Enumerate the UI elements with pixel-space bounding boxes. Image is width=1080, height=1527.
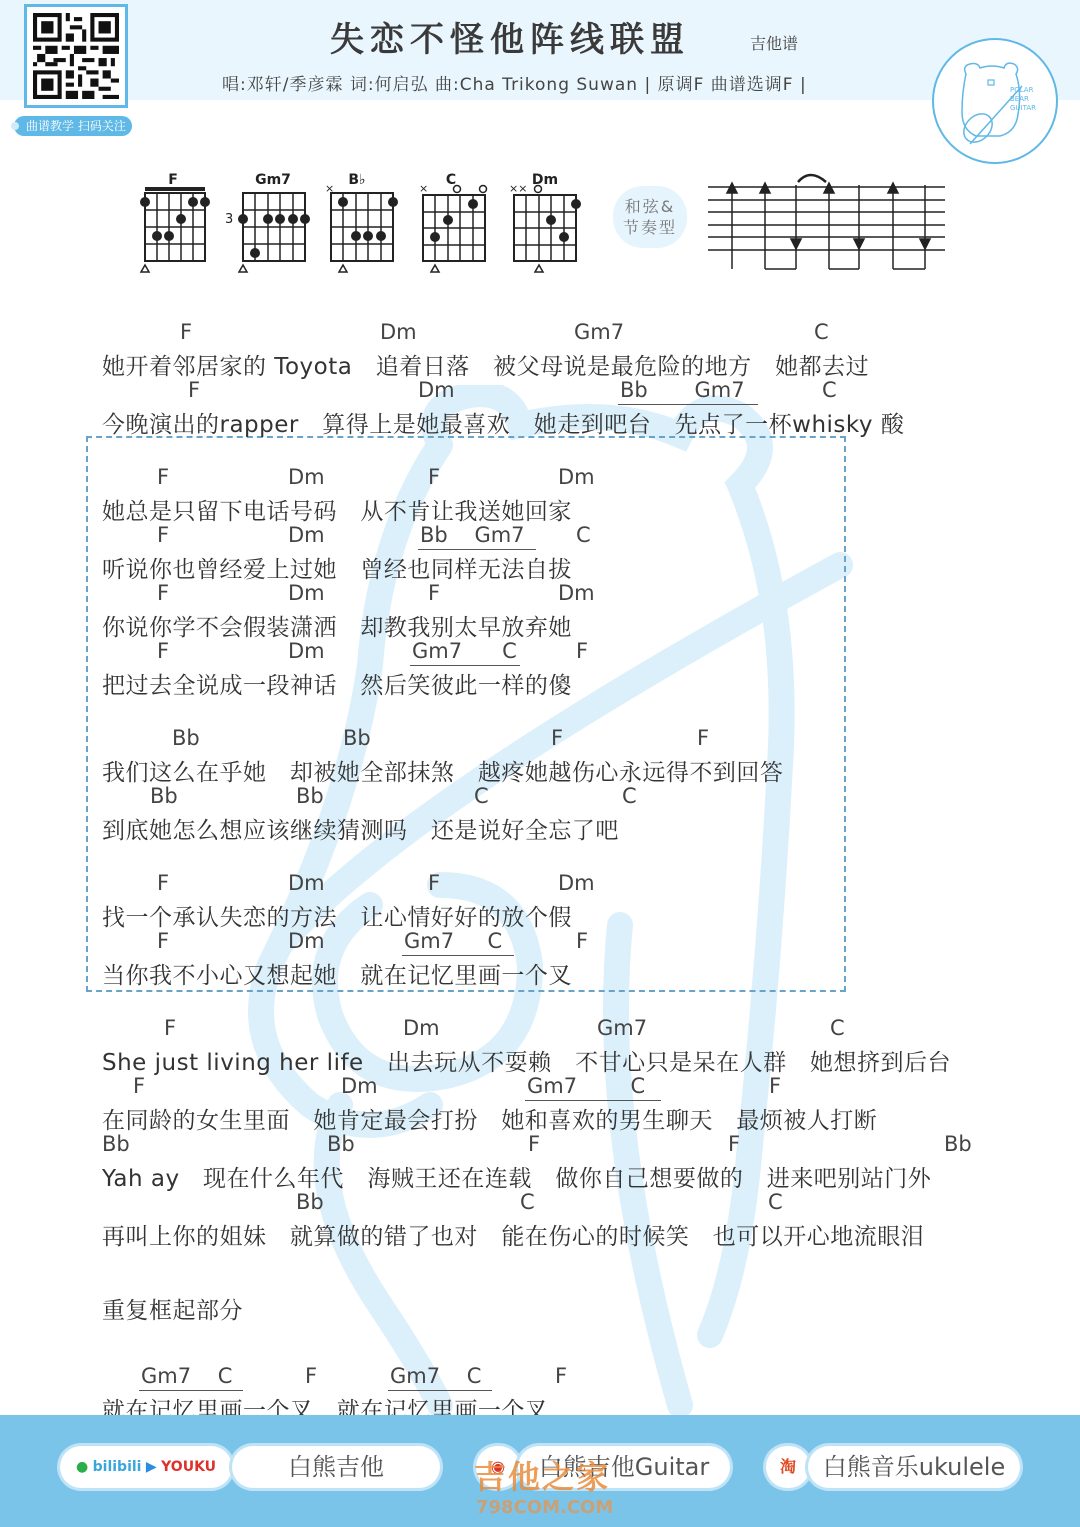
chord-underline: [139, 1390, 243, 1391]
chord-label: F: [551, 726, 563, 750]
channel-pill-1[interactable]: 白熊吉他: [232, 1446, 440, 1488]
lyric-line: 再叫上你的姐妹 就算做的错了也对 能在伤心的时候笑 也可以开心地流眼泪: [102, 1218, 924, 1251]
chord-label: F: [180, 320, 192, 344]
chord-label: F: [428, 581, 440, 605]
chord-label: Dm: [558, 465, 595, 489]
chord-label: F: [528, 1132, 540, 1156]
chord-underline: [525, 1100, 661, 1101]
chord-label: Dm: [558, 581, 595, 605]
wechat-icon: ●: [76, 1459, 88, 1475]
chord-underline: [410, 665, 520, 666]
chord-label: Bb: [327, 1132, 355, 1156]
chord-label: Bb Gm7: [420, 523, 525, 547]
chord-label: Bb: [150, 784, 178, 808]
chord-label: F: [157, 523, 169, 547]
chord-label: Bb Gm7: [620, 378, 745, 402]
chord-label: F: [164, 1016, 176, 1040]
chord-label: Dm: [403, 1016, 440, 1040]
chord-label: F: [305, 1364, 317, 1388]
platforms-pill[interactable]: ● bilibili ▶ YOUKU: [60, 1446, 232, 1488]
chord-label: Gm7 C: [527, 1074, 645, 1098]
chord-label: F: [157, 639, 169, 663]
chord-label: F: [157, 465, 169, 489]
chord-label: Dm: [558, 871, 595, 895]
chord-underline: [618, 404, 758, 405]
chord-label: C: [822, 378, 837, 402]
chord-label: F: [576, 639, 588, 663]
lyric-line: 你说你学不会假装潇洒 却教我别太早放弃她: [102, 609, 572, 642]
chord-label: Bb: [172, 726, 200, 750]
lyric-line: Yah ay 现在什么年代 海贼王还在连载 做你自己想要做的 进来吧别站门外: [102, 1160, 931, 1193]
chord-label: Dm: [418, 378, 455, 402]
chord-label: Gm7 C: [390, 1364, 481, 1388]
site-watermark-url: 798COM.COM: [476, 1497, 613, 1518]
bilibili-label: bilibili: [93, 1459, 142, 1475]
chord-label: Bb: [296, 1190, 324, 1214]
chord-label: Dm: [288, 639, 325, 663]
taobao-icon[interactable]: 淘: [766, 1446, 810, 1488]
chord-label: Gm7: [574, 320, 624, 344]
chord-label: F: [728, 1132, 740, 1156]
repeat-note: 重复框起部分: [102, 1292, 243, 1325]
chord-underline: [402, 955, 514, 956]
chord-label: Dm: [288, 929, 325, 953]
lyric-line: 到底她怎么想应该继续猜测吗 还是说好全忘了吧: [102, 812, 619, 845]
lyric-line: She just living her life 出去玩从不耍赖 不甘心只是呆在…: [102, 1044, 951, 1077]
chord-label: Dm: [341, 1074, 378, 1098]
chord-label: F: [428, 871, 440, 895]
chord-label: Bb: [102, 1132, 130, 1156]
lyric-line: 听说你也曾经爱上过她 曾经也同样无法自拔: [102, 551, 572, 584]
youku-icon: ▶: [146, 1459, 157, 1475]
chord-label: C: [576, 523, 591, 547]
chord-label: Gm7: [597, 1016, 647, 1040]
youku-label: YOUKU: [161, 1459, 216, 1475]
chord-label: F: [576, 929, 588, 953]
site-watermark: 吉他之家: [474, 1452, 610, 1498]
chord-underline: [418, 549, 536, 550]
channel-pill-3[interactable]: 白熊音乐ukulele: [808, 1446, 1020, 1488]
lyric-line: 她开着邻居家的 Toyota 追着日落 被父母说是最危险的地方 她都去过: [102, 348, 869, 381]
chord-label: C: [814, 320, 829, 344]
chord-label: C: [768, 1190, 783, 1214]
chord-label: F: [157, 581, 169, 605]
chord-label: Dm: [288, 871, 325, 895]
chord-label: Dm: [288, 581, 325, 605]
lyric-line: 我们这么在乎她 却被她全部抹煞 越疼她越伤心永远得不到回答: [102, 754, 783, 787]
lyric-line: 她总是只留下电话号码 从不肯让我送她回家: [102, 493, 572, 526]
chord-label: F: [555, 1364, 567, 1388]
chord-label: Gm7 C: [412, 639, 517, 663]
chord-label: F: [157, 929, 169, 953]
chord-label: F: [157, 871, 169, 895]
chord-label: C: [622, 784, 637, 808]
chord-label: C: [474, 784, 489, 808]
chord-label: F: [428, 465, 440, 489]
chord-underline: [388, 1390, 492, 1391]
chord-label: Dm: [288, 465, 325, 489]
lyric-line: 在同龄的女生里面 她肯定最会打扮 她和喜欢的男生聊天 最烦被人打断: [102, 1102, 877, 1135]
chord-label: Dm: [380, 320, 417, 344]
chord-label: F: [188, 378, 200, 402]
chord-label: Bb: [944, 1132, 972, 1156]
chord-label: F: [769, 1074, 781, 1098]
lyric-line: 当你我不小心又想起她 就在记忆里画一个叉: [102, 957, 572, 990]
lyric-line: 找一个承认失恋的方法 让心情好好的放个假: [102, 899, 572, 932]
chord-label: C: [830, 1016, 845, 1040]
chord-label: Gm7 C: [141, 1364, 232, 1388]
chord-label: Bb: [343, 726, 371, 750]
chord-label: Dm: [288, 523, 325, 547]
chord-label: F: [133, 1074, 145, 1098]
lyrics-sheet: FDmGm7C她开着邻居家的 Toyota 追着日落 被父母说是最危险的地方 她…: [0, 0, 1080, 1410]
chord-label: C: [520, 1190, 535, 1214]
chord-label: F: [697, 726, 709, 750]
chord-label: Gm7 C: [404, 929, 502, 953]
chord-label: Bb: [296, 784, 324, 808]
lyric-line: 把过去全说成一段神话 然后笑彼此一样的傻: [102, 667, 572, 700]
lyric-line: 今晚演出的rapper 算得上是她最喜欢 她走到吧台 先点了一杯whisky 酸: [102, 406, 904, 439]
